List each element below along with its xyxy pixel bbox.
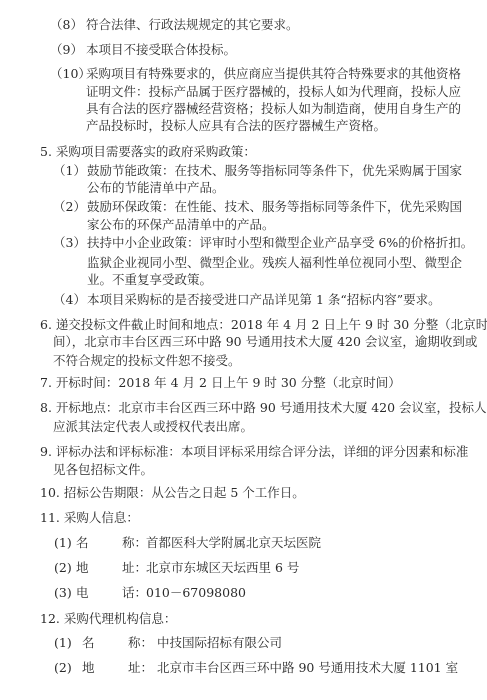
item-number: （4）: [53, 292, 86, 308]
field-label: 名: [76, 535, 89, 551]
item-number: （8）: [50, 17, 83, 33]
section-8-text: 8. 开标地点：北京市丰台区西三环中路 90 号通用技术大厦 420 会议室，投…: [40, 400, 487, 416]
section-6-text: 间），北京市丰台区西三环中路 90 号通用技术大厦 420 会议室，逾期收到或: [53, 334, 477, 350]
item-number: (2): [54, 660, 72, 676]
section-7-text: 7. 开标时间：2018 年 4 月 2 日上午 9 时 30 分整（北京时间）: [40, 375, 401, 391]
item-text: 采购项目有特殊要求的，供应商应当提供其符合特殊要求的其他资格: [86, 66, 461, 82]
item-number: （2）: [53, 199, 86, 215]
item-number: （3）: [53, 235, 86, 251]
section-heading: 5. 采购项目需要落实的政府采购政策：: [40, 144, 256, 160]
purchaser-phone: 010－67098080: [146, 585, 246, 601]
item-text: 本项目采购标的是否接受进口产品详见第 1 条“招标内容”要求。: [87, 292, 441, 308]
agency-name: 中技国际招标有限公司: [157, 635, 282, 651]
item-text: 监狱企业视同小型、微型企业。残疾人福利性单位视同小型、微型企: [87, 255, 462, 271]
agency-address: 北京市丰台区西三环中路 90 号通用技术大厦 1101 室: [157, 660, 458, 676]
field-label: 电: [76, 585, 89, 601]
item-text: 本项目不接受联合体投标。: [86, 42, 236, 58]
field-label: 名: [82, 635, 95, 651]
item-text: 业。不重复享受政策。: [87, 272, 212, 288]
section-6-text: 不符合规定的投标文件恕不接受。: [53, 353, 241, 369]
field-label: 地: [82, 660, 95, 676]
item-number: (2): [54, 560, 72, 576]
item-text: 扶持中小企业政策：评审时小型和微型企业产品享受 6%的价格折扣。: [87, 235, 473, 251]
item-text: 鼓励节能政策：在技术、服务等指标同等条件下，优先采购属于国家: [87, 163, 462, 179]
item-text: 具有合法的医疗器械经营资格；投标人如为制造商，使用自身生产的: [86, 101, 461, 117]
item-number: （10）: [50, 66, 91, 82]
field-label: 称：: [122, 535, 147, 551]
section-10-text: 10. 招标公告期限：从公告之日起 5 个工作日。: [40, 485, 305, 501]
item-text: 证明文件：投标产品属于医疗器械的，投标人如为代理商，投标人应: [86, 84, 461, 100]
field-label: 地: [76, 560, 89, 576]
section-9-text: 9. 评标办法和评标标准：本项目评标采用综合评分法，详细的评分因素和标准: [40, 444, 468, 460]
item-text: 公布的节能清单中产品。: [87, 180, 225, 196]
purchaser-address: 北京市东城区天坛西里 6 号: [146, 560, 299, 576]
field-label: 话：: [122, 585, 147, 601]
section-8-text: 应派其法定代表人或授权代表出席。: [53, 419, 253, 435]
field-label: 址：: [128, 660, 153, 676]
section-heading: 11. 采购人信息：: [40, 510, 139, 526]
section-6-text: 6. 递交投标文件截止时间和地点：2018 年 4 月 2 日上午 9 时 30…: [40, 317, 487, 333]
item-number: (3): [54, 585, 72, 601]
item-text: 产品投标时，投标人应具有合法的医疗器械生产资格。: [86, 118, 386, 134]
item-number: （9）: [50, 42, 83, 58]
field-label: 址：: [122, 560, 147, 576]
item-text: 符合法律、行政法规规定的其它要求。: [86, 17, 299, 33]
item-text: 鼓励环保政策：在性能、技术、服务等指标同等条件下，优先采购国: [87, 199, 462, 215]
item-number: (1): [54, 535, 72, 551]
field-label: 称：: [128, 635, 153, 651]
item-text: 家公布的环保产品清单中的产品。: [87, 217, 275, 233]
item-number: (1): [54, 635, 72, 651]
section-heading: 12. 采购代理机构信息：: [40, 611, 176, 627]
item-number: （1）: [53, 163, 86, 179]
section-9-text: 见各包招标文件。: [53, 462, 153, 478]
purchaser-name: 首都医科大学附属北京天坛医院: [146, 535, 321, 551]
